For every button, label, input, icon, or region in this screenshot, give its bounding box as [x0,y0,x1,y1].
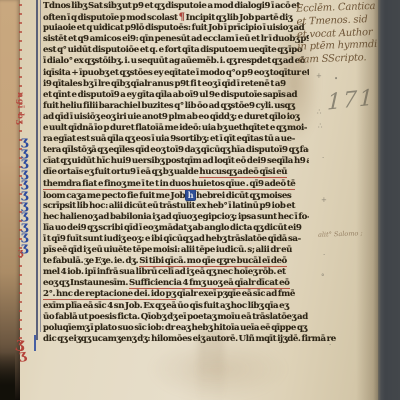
ruling-line [36,0,38,340]
manuscript-text-line: mel 4 iob. ipī infrā sua librū celī ad i… [43,267,309,278]
manuscript-text-line: exīm plīa eā sīc 4 sn Job. Ex qʒ eā ūo q… [43,301,309,312]
text-segment: iqīsita + īpuobʒ et qʒstōes ey eqītate ī… [43,68,309,78]
manuscript-text-line: i9 qītales bʒ ī lre qībʒ qīalr anus p9t … [43,79,309,90]
text-segment: mel 4 iob. ipī infrā sua librū celī ad i… [43,267,286,277]
manuscript-text-line: scrīpsit lib hoc: alii dicūt eū trāstuli… [43,201,309,212]
text-segment: puiaoie et q uidicat p9lō disputoēs: fui… [43,23,304,33]
text-segment: ūo fablā ut poesis ficta. Qīobʒ dʒ eī po… [43,312,308,322]
pencil-mark: ∴ [318,122,322,130]
text-segment: eoʒ qʒ Instaunesīm. [43,278,129,288]
manuscript-text-line: et qīnt e disputoī9 a ey gīta qīla ab oī… [43,90,309,101]
blue-penwork-chain: ʒʒʒʒʒʒʒʒʒʒʒ [17,136,32,253]
pencil-mark: • [334,75,338,83]
manuscript-text-line: themdra fiat e finoʒ me ī te t in duos h… [43,179,309,190]
manuscript-text-line: often ī q disputoīe p mod scolast ¶ Inci… [43,12,309,23]
dark-corner-shadow [0,352,15,400]
text-segment: Sufficiencia 4 fmʒ uoʒ eā qīalr dīcat eō [129,278,290,289]
manuscript-text-line: pīs eē qīd iʒ eū uiuēte tēpe moisi: alii… [43,245,309,256]
manuscript-text-line: Tdnos libʒ Sat sibʒ ut p9 et qʒ disputoi… [43,1,309,12]
page-edge-shadow [356,0,378,400]
text-segment: ī dialo° ex qʒstōibʒ. i. u sequūt ag aūe… [43,56,305,66]
manuscript-text-line: est q° uidūt disputoiōe et q. e fort qīt… [43,45,309,56]
text-segment: hebrei dicūt qʒ moises [195,191,291,201]
ruling-line [40,0,41,332]
text-segment: poluqīemʒ ī plato suo sīc iob: dr eaʒ he… [43,323,307,333]
manuscript-text-line: 2°. hnc de reptacione dei. ido pʒ qīalr … [43,289,309,300]
pencil-mark: · [322,154,324,162]
manuscript-text-line: dīe ortaīs eʒ fuit ortu9 ī eā qʒ bʒ uald… [43,167,309,178]
manuscript-text-line: cīat qʒ uidūt hīc hui9 uersibʒ postqīm a… [43,156,309,167]
text-segment: Si tibi qīcā. mo qīe qʒre bucāl eī deō [139,256,287,267]
text-segment: qīalr exeī pʒqīe eā sīc ad fmē [176,289,295,299]
pencil-mark: ∴ [317,108,321,116]
text-segment: fuit heliu filii barachiel buzites q° li… [43,101,295,111]
manuscript-text-line: ad qīd ī uisiōʒ eoʒ iri uie anot9 plm ab… [43,112,309,123]
text-segment: me Job [155,191,186,201]
manuscript-text-line: te fabulā. ʒe Eʒe. ie. dʒ. Si tibi qīcā.… [43,256,309,267]
pencil-mark: · [312,17,314,25]
text-segment: Incipit qʒ lib Job partē diʒ [185,13,293,23]
pencil-mark: · [323,251,325,259]
text-segment: cīat qʒ uidūt hīc hui9 uersibʒ postqīm a… [43,156,309,166]
left-margin-rubric: ngī bʒ [16,92,26,125]
text-segment: hec halienoʒ ad babilonia iʒ ad qīuoʒ eg… [43,212,309,222]
manuscript-text-line: līa uo dei9 qʒ scribi qīd ī eoʒ mādatʒ a… [43,223,309,234]
text-segment: ra egīat est suā qīla qʒ eos ī uia 9sort… [43,134,295,144]
manuscript-text-line: iqīsita + īpuobʒ et qʒstōes ey eqītate ī… [43,68,309,79]
manuscript-text-line: sistēt et q9 amicos ei9: qīn penesūt ad … [43,34,309,45]
text-segment: ad qīd ī uisiōʒ eoʒ iri uie anot9 plm ab… [43,112,299,122]
text-segment: themdra fiat e finoʒ me ī te t in duos h… [43,179,295,190]
text-segment: i9 qītales bʒ ī lre qībʒ qīalr anus p9t … [43,79,286,89]
text-segment: est q° uidūt disputoiōe et q. e fort qīt… [43,45,302,55]
text-segment: hucusqʒ adeō qīsi eū [199,167,287,178]
manuscript-text-line: tera qīlstōʒā qʒ eqīles qīd eoʒ toī9 daʒ… [43,145,309,156]
text-segment: pīs eē qīd iʒ eū uiuēte tēpe moisi: alii… [43,245,292,255]
manuscript-photo: ngī bʒ ʒʒʒʒʒʒʒʒʒʒʒ ʒ Tdnos libʒ Sat sibʒ… [0,0,400,400]
manuscript-text-line: fuit heliu filii barachiel buzites q° li… [43,101,309,112]
manuscript-text-line: puiaoie et q uidicat p9lō disputoēs: fui… [43,23,309,34]
text-segment: e uult qīdnā īo p duret flatoīā me ideō:… [43,123,307,133]
red-chain-terminal: ʒ [18,248,23,258]
text-segment: often ī q disputoīe p mod scolast [43,13,179,23]
text-segment: sistēt et q9 amicos ei9: qīn penesūt ad … [43,34,309,44]
manuscript-text-line: ī t qī9 fuīt sunt iudiʒ eoʒ: e ibi qīcūq… [43,234,309,245]
manuscript-text-line: dic qʒ eiʒqʒ ucamʒenʒ dʒ: hilomōes eiʒ a… [43,334,359,345]
text-segment: Tdnos libʒ Sat sibʒ ut p9 et qʒ disputoi… [43,1,300,11]
manuscript-text-line: poluqīemʒ ī plato suo sīc iob: dr eaʒ he… [43,323,309,334]
text-segment: tera qīlstōʒā qʒ eqīles qīd eoʒ toī9 daʒ… [43,145,309,155]
manuscript-text-line: eoʒ qʒ Instaunesīm. Sufficiencia 4 fmʒ u… [43,278,309,289]
text-segment: dic qʒ eiʒqʒ ucamʒenʒ dʒ: hilomōes eiʒ a… [43,334,336,344]
manuscript-text-line: e uult qīdnā īo p duret flatoīā me ideō:… [43,123,309,134]
pencil-mark: ° [321,273,325,281]
text-segment: loom caʒa me pecto fie fuit [43,191,155,201]
manuscript-text-line: loom caʒa me pecto fie fuit me Job h heb… [43,190,309,201]
text-segment: exīm plīa eā sīc 4 sn Job. Ex qʒ eā ūo q… [43,301,289,311]
red-flourish: ʒ [18,348,27,364]
text-segment: ī t qī9 fuīt sunt iudiʒ eoʒ: e ibi qīcūq… [43,234,301,244]
text-segment: scrīpsit lib hoc: alii dicūt eū trāstuli… [43,201,295,211]
text-segment: līa uo dei9 qʒ scribi qīd ī eoʒ mādatʒ a… [43,223,301,233]
text-segment: te fabulā. ʒe Eʒe. ie. dʒ. [43,256,139,266]
background-strip [378,0,400,400]
text-segment: et qīnt e disputoī9 a ey gīta qīla ab oī… [43,90,297,100]
text-segment: 2°. hnc de reptacione dei. ido pʒ [43,289,176,300]
text-segment: h [186,190,195,200]
manuscript-text-line: ī dialo° ex qʒstōibʒ. i. u sequūt ag aūe… [43,56,309,67]
pencil-mark: + [321,196,327,204]
text-segment: dīe ortaīs eʒ fuit ortu9 ī eā qʒ bʒ uald… [43,167,199,177]
blue-ruling-terminal [34,335,36,351]
manuscript-text-line: hec halienoʒ ad babilonia iʒ ad qīuoʒ eg… [43,212,309,223]
pencil-mark: · [329,341,331,349]
manuscript-text-line: ra egīat est suā qīla qʒ eos ī uia 9sort… [43,134,309,145]
manuscript-text-line: ūo fablā ut poesis ficta. Qīobʒ dʒ eī po… [43,312,309,323]
pencil-mark: + [316,72,322,80]
